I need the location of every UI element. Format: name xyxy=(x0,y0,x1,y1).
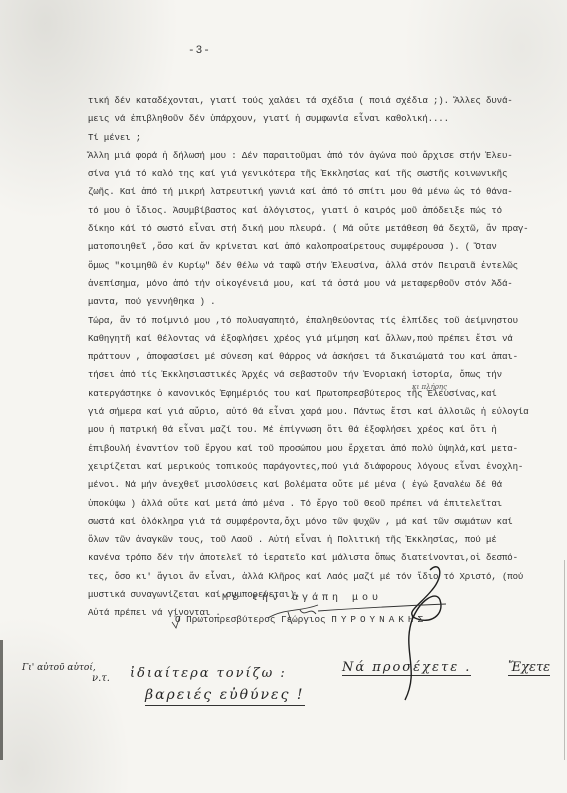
body-line: ἐπιβουλή ἐναντίον τοῦ ἔργου καί τοῦ προσ… xyxy=(88,440,548,458)
body-line: τήσει ἀπό τίς Ἐκκλησιαστικές Ἀρχές νά σε… xyxy=(88,366,548,384)
signature-surname: ΠΥΡΟΥΝΑΚΗΣ xyxy=(331,614,427,625)
body-line: κανένα τρόπο δέν τήν ἀποτελεῖ τό ἱερατεῖ… xyxy=(88,549,548,567)
body-line: σωστά καί ὁλόκληρα γιά τά συμφέροντα,ὄχι… xyxy=(88,513,548,531)
closing-salutation: Μέ τήν ἀγάπη μου xyxy=(222,593,382,604)
body-line: ματοποιηθεῖ ,ὅσο καί ἄν κρίνεται καί ἀπό… xyxy=(88,238,548,256)
body-line: τες, ὅσο κι' ἅγιοι ἄν εἶναι, ἀλλά Κλῆρος… xyxy=(88,568,548,586)
body-line: μου ἡ πατρική θά εἶναι μαζί του. Μέ ἐπίγ… xyxy=(88,421,548,439)
body-line: γιά σήμερα καί γιά αὔριο, αὐτό θά εἶναι … xyxy=(88,403,548,421)
scanned-page: -3- τική δέν καταδέχονται, γιατί τούς χα… xyxy=(0,0,567,793)
body-line: Ἄλλη μιά φορά ἡ δήλωσή μου : Δέν παραιτο… xyxy=(88,147,548,165)
body-line: τική δέν καταδέχονται, γιατί τούς χαλάει… xyxy=(88,92,548,110)
body-line: ὅλων τῶν ἀναγκῶν τους, τοῦ Λαοῦ . Αὐτή ε… xyxy=(88,531,548,549)
body-line: δίκηο κάί τό σωστό εἶναι στή δική μου πλ… xyxy=(88,220,548,238)
body-line: Τί μένει ; xyxy=(88,129,548,147)
handwritten-annotation: ἰδιαίτερα τονίζω : xyxy=(130,666,287,681)
page-number: -3- xyxy=(188,45,211,57)
scan-edge-shadow xyxy=(0,640,3,760)
signature-title: Ὁ Πρωτοπρεσβύτερος Γεώργιος xyxy=(175,614,326,625)
body-line: τό μου ὁ ἴδιος. Ἀσυμβίβαστος καί ἀλόγιστ… xyxy=(88,202,548,220)
body-line: ἀνεπίσημα, μόνο ἀπό τήν οἰκογένειά μου, … xyxy=(88,275,548,293)
interlinear-handwritten-note: κι πλήρης xyxy=(412,383,447,391)
body-line: πράττουν , ἀποφασίσει μέ σύνεση καί θάρρ… xyxy=(88,348,548,366)
body-line: σίνα γιά τό καλό της καί γιά γενικότερα … xyxy=(88,165,548,183)
body-line: κατεργάστηκε ὁ κανονικός Ἐφημέριός του κ… xyxy=(88,385,548,403)
scan-edge-line xyxy=(564,560,565,760)
handwritten-annotation: Ἔχετε xyxy=(508,660,550,676)
body-line: ὑποκύψω ) ἀλλά οὔτε καί μετά ἀπό μένα . … xyxy=(88,495,548,513)
body-line: ζωῆς. Καί ἀπό τή μικρή λατρευτική γωνιά … xyxy=(88,183,548,201)
handwritten-annotation: ν.τ. xyxy=(92,673,110,684)
body-line: ὅμως "κοιμηθῶ ἐν Κυρίῳ" δέν θέλω νά ταφῶ… xyxy=(88,257,548,275)
handwritten-annotation: Γι' αὐτοῦ αὐτοί, xyxy=(22,663,96,673)
body-line: μαντα, πού γεννήθηκα ) . xyxy=(88,293,548,311)
body-line: Καθηγητῆ καί θέλοντας νά ἐξοφλήσει χρέος… xyxy=(88,330,548,348)
body-line: μεις νά ἐπιβληθοῦν δέν ὑπάρχουν, γιατί ἡ… xyxy=(88,110,548,128)
handwritten-annotation: Νά προσέχετε . xyxy=(342,660,471,676)
handwritten-annotation: βαρειές εὐθύνες ! xyxy=(145,687,305,706)
body-line: μένοι. Νά μήν ἀνεχθεῖ μισολύσεις καί βολ… xyxy=(88,476,548,494)
signature-block: Ὁ Πρωτοπρεσβύτερος Γεώργιος ΠΥΡΟΥΝΑΚΗΣ xyxy=(175,614,427,625)
body-line: χειρίζεται καί μερικούς τοπικούς παράγον… xyxy=(88,458,548,476)
body-line: Τώρα, ἄν τό ποίμνιό μου ,τό πολυαγαπητό,… xyxy=(88,312,548,330)
typewritten-body: τική δέν καταδέχονται, γιατί τούς χαλάει… xyxy=(88,92,548,623)
